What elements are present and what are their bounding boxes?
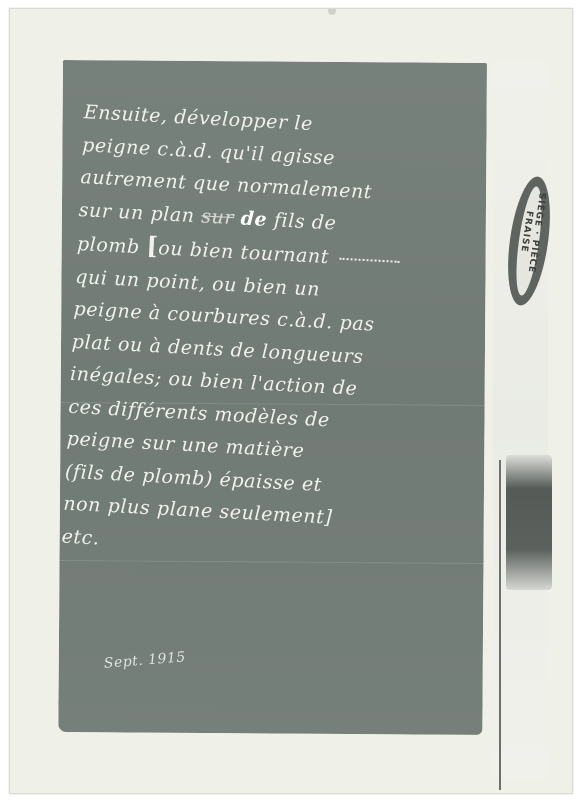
text-fragment: ou bien xyxy=(158,237,235,263)
dark-smudge xyxy=(506,455,552,590)
print-punch-mark xyxy=(328,9,336,15)
sheet-edge-line xyxy=(499,460,501,790)
dotted-insertion-mark xyxy=(340,258,400,263)
struck-word: sur xyxy=(201,205,235,229)
handwritten-text: Ensuite, développer le peigne c.à.d. qu'… xyxy=(61,96,484,573)
side-strip xyxy=(493,60,548,780)
text-fragment: plomb xyxy=(76,233,140,258)
inserted-word: de xyxy=(240,207,268,230)
manuscript-sheet: Ensuite, développer le peigne c.à.d. qu'… xyxy=(58,60,487,735)
date-annotation: Sept. 1915 xyxy=(103,649,186,672)
text-fragment: fils de xyxy=(273,209,337,234)
text-fragment: sur un plan xyxy=(78,199,195,227)
text-fragment: tournant xyxy=(240,242,330,269)
